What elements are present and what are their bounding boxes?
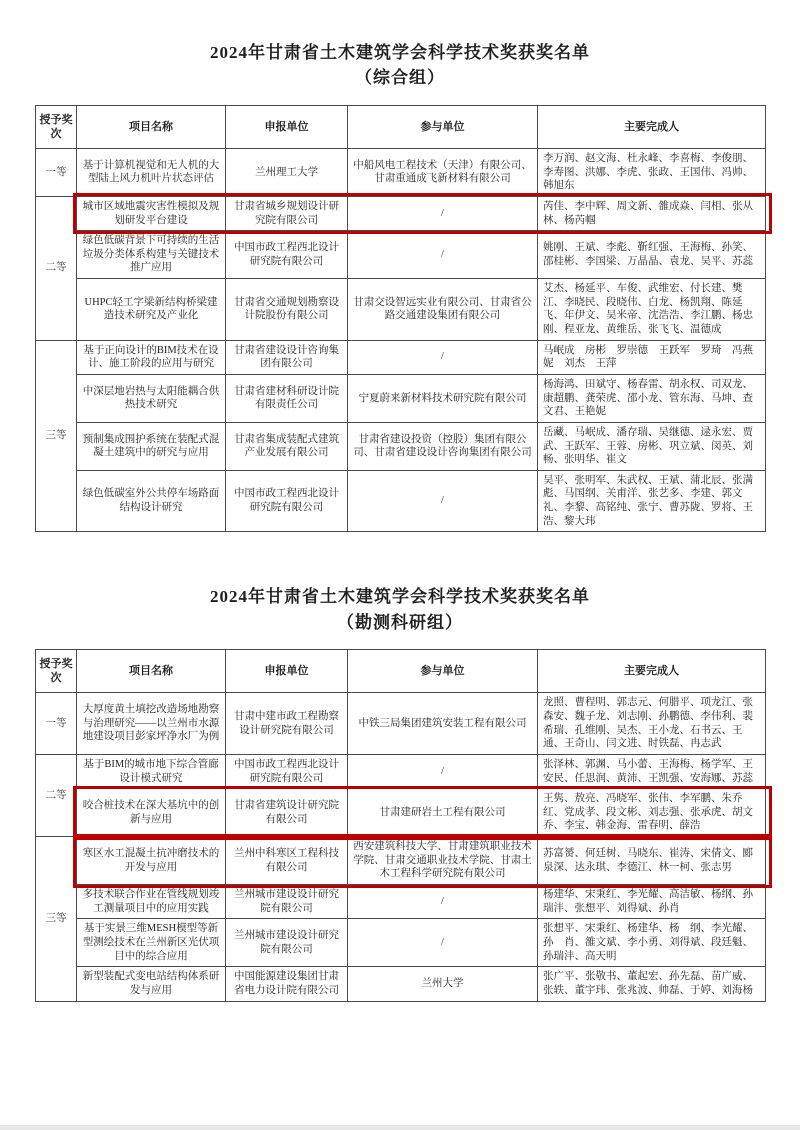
people-cell: 张泽林、郭渊、马小蕾、王海梅、杨学军、王安民、任思润、黄沛、王凯强、安海娜、苏蕊: [538, 754, 766, 788]
table-row: 二等基于BIM的城市地下综合管廊设计模式研究中国市政工程西北设计研究院有限公司/…: [36, 754, 766, 788]
table-row: 多技术联合作业在管线规划竣工测量项目中的应用实践兰州城市建设设计研究院有限公司/…: [36, 885, 766, 919]
project-name-cell: 绿色低碳室外公共停车场路面结构设计研究: [77, 470, 226, 532]
people-cell: 岳藏、马岷成、潘存瑞、吴继德、逯永宏、贾武、王跃军、王蓉、房彬、巩立斌、闵英、刘…: [538, 422, 766, 470]
col-header-project: 项目名称: [77, 650, 226, 693]
table-row: 二等城市区域地震灾害性模拟及规划研发平台建设甘肃省城乡规划设计研究院有限公司/芮…: [36, 196, 766, 230]
award-table-wrap: 授予奖次项目名称申报单位参与单位主要完成人一等基于计算机视觉和无人机的大型陆上风…: [35, 105, 765, 532]
applicant-cell: 兰州理工大学: [226, 148, 348, 196]
applicant-cell: 甘肃省建设设计咨询集团有限公司: [226, 340, 348, 374]
section-title: 2024年甘肃省土木建筑学会科学技术奖获奖名单: [0, 40, 800, 66]
applicant-cell: 甘肃省建材科研设计院有限责任公司: [226, 374, 348, 422]
participants-cell: 宁夏蔚来新材料技术研究院有限公司: [348, 374, 538, 422]
applicant-cell: 甘肃省集成装配式建筑产业发展有限公司: [226, 422, 348, 470]
table-row: 绿色低碳室外公共停车场路面结构设计研究中国市政工程西北设计研究院有限公司/吴平、…: [36, 470, 766, 532]
tier-cell: 二等: [36, 754, 77, 836]
project-name-cell: 大厚度黄土填挖改造场地勘察与治理研究——以兰州市水源地建设项目彭家坪净水厂为例: [77, 693, 226, 755]
table-row: 绿色低碳背景下可持续的生活垃圾分类体系构建与关键技术推广应用中国市政工程西北设计…: [36, 231, 766, 279]
header-row: 授予奖次项目名称申报单位参与单位主要完成人: [36, 105, 766, 148]
section-subtitle: （勘测科研组）: [0, 611, 800, 636]
participants-cell: 甘肃建研岩土工程有限公司: [348, 789, 538, 837]
participants-cell: 西安建筑科技大学、甘肃建筑职业技术学院、甘肃交通职业技术学院、甘肃土木工程科学研…: [348, 837, 538, 885]
applicant-cell: 中国市政工程西北设计研究院有限公司: [226, 754, 348, 788]
table-row: 中深层地岩热与太阳能耦合供热技术研究甘肃省建材科研设计院有限责任公司宁夏蔚来新材…: [36, 374, 766, 422]
applicant-cell: 兰州中科寒区工程科技有限公司: [226, 837, 348, 885]
project-name-cell: 城市区域地震灾害性模拟及规划研发平台建设: [77, 196, 226, 230]
col-header-people: 主要完成人: [538, 650, 766, 693]
project-name-cell: 预制集成围护系统在装配式混凝土建筑中的研究与应用: [77, 422, 226, 470]
project-name-cell: 咬合桩技术在深大基坑中的创新与应用: [77, 789, 226, 837]
tier-cell: 三等: [36, 340, 77, 532]
col-header-participants: 参与单位: [348, 650, 538, 693]
people-cell: 杨海鸿、田斌守、杨春雷、胡永权、司双龙、康超鹏、龚荣虎、邵小龙、管东海、马坤、查…: [538, 374, 766, 422]
people-cell: 芮佳、李中辉、周文新、雒成焱、闫相、张从林、杨芮帼: [538, 196, 766, 230]
applicant-cell: 甘肃省城乡规划设计研究院有限公司: [226, 196, 348, 230]
table-row: 基于实景三维MESH模型等新型测绘技术在兰州新区光伏项目中的综合应用兰州城市建设…: [36, 919, 766, 967]
participants-cell: 甘肃省建设投资（控股）集团有限公司、甘肃省建设设计咨询集团有限公司: [348, 422, 538, 470]
people-cell: 杨建华、宋秉红、李光耀、高洁敏、杨纲、孙瑞沣、张想平、刘得斌、孙肖: [538, 885, 766, 919]
applicant-cell: 兰州城市建设设计研究院有限公司: [226, 885, 348, 919]
people-cell: 张想平、宋秉红、杨建华、杨 纲、李光耀、孙 肖、雒文斌、李小勇、刘得斌、段廷魁、…: [538, 919, 766, 967]
people-cell: 王隽、敖亮、冯晓军、张伟、李军鹏、朱乔红、党成孝、段文彬、刘志强、张承虎、胡文乔…: [538, 789, 766, 837]
project-name-cell: 新型装配式变电站结构体系研发与应用: [77, 967, 226, 1001]
award-section-comprehensive: 2024年甘肃省土木建筑学会科学技术奖获奖名单 （综合组） 授予奖次项目名称申报…: [0, 40, 800, 532]
document-page: 2024年甘肃省土木建筑学会科学技术奖获奖名单 （综合组） 授予奖次项目名称申报…: [0, 0, 800, 1130]
participants-cell: 甘肃交设智远实业有限公司、甘肃省公路交通建设集团有限公司: [348, 279, 538, 341]
people-cell: 吴平、张明军、朱武权、王斌、蒲北辰、张满彪、马国纲、关甫洋、张艺多、李建、郭文礼…: [538, 470, 766, 532]
project-name-cell: 基于实景三维MESH模型等新型测绘技术在兰州新区光伏项目中的综合应用: [77, 919, 226, 967]
tier-cell: 一等: [36, 148, 77, 196]
table-row: UHPC轻工字梁新结构桥梁建造技术研究及产业化甘肃省交通规划勘察设计院股份有限公…: [36, 279, 766, 341]
award-table-wrap: 授予奖次项目名称申报单位参与单位主要完成人一等大厚度黄土填挖改造场地勘察与治理研…: [35, 649, 765, 1001]
people-cell: 姚刚、王斌、李彪、靳红强、王海梅、孙笑、邵桂彬、李国梁、万晶晶、袁龙、吴平、苏蕊: [538, 231, 766, 279]
project-name-cell: 寒区水工混凝土抗冲磨技术的开发与应用: [77, 837, 226, 885]
table-row: 一等大厚度黄土填挖改造场地勘察与治理研究——以兰州市水源地建设项目彭家坪净水厂为…: [36, 693, 766, 755]
applicant-cell: 甘肃中建市政工程勘察设计研究院有限公司: [226, 693, 348, 755]
col-header-tier: 授予奖次: [36, 105, 77, 148]
people-cell: 马岷成 房彬 罗崇德 王跃军 罗琦 冯燕妮 刘杰 王萍: [538, 340, 766, 374]
project-name-cell: 基于BIM的城市地下综合管廊设计模式研究: [77, 754, 226, 788]
people-cell: 苏富赟、何廷树、马晓东、崔涛、宋倩文、郾泉深、达永琪、李德江、林一柯、张志男: [538, 837, 766, 885]
participants-cell: /: [348, 340, 538, 374]
project-name-cell: 多技术联合作业在管线规划竣工测量项目中的应用实践: [77, 885, 226, 919]
col-header-people: 主要完成人: [538, 105, 766, 148]
participants-cell: /: [348, 470, 538, 532]
table-row: 咬合桩技术在深大基坑中的创新与应用甘肃省建筑设计研究院有限公司甘肃建研岩土工程有…: [36, 789, 766, 837]
project-name-cell: 基于正向设计的BIM技术在设计、施工阶段的应用与研究: [77, 340, 226, 374]
applicant-cell: 中国能源建设集团甘肃省电力设计院有限公司: [226, 967, 348, 1001]
people-cell: 张广平、张敬书、董起宏、孙先磊、苗广威、张轶、董宇玮、张兆波、帅磊、于婷、刘海杨: [538, 967, 766, 1001]
table-row: 三等基于正向设计的BIM技术在设计、施工阶段的应用与研究甘肃省建设设计咨询集团有…: [36, 340, 766, 374]
project-name-cell: 中深层地岩热与太阳能耦合供热技术研究: [77, 374, 226, 422]
table-row: 三等寒区水工混凝土抗冲磨技术的开发与应用兰州中科寒区工程科技有限公司西安建筑科技…: [36, 837, 766, 885]
participants-cell: /: [348, 231, 538, 279]
project-name-cell: UHPC轻工字梁新结构桥梁建造技术研究及产业化: [77, 279, 226, 341]
participants-cell: 兰州大学: [348, 967, 538, 1001]
col-header-applicant: 申报单位: [226, 650, 348, 693]
participants-cell: /: [348, 754, 538, 788]
project-name-cell: 绿色低碳背景下可持续的生活垃圾分类体系构建与关键技术推广应用: [77, 231, 226, 279]
applicant-cell: 中国市政工程西北设计研究院有限公司: [226, 470, 348, 532]
applicant-cell: 兰州城市建设设计研究院有限公司: [226, 919, 348, 967]
people-cell: 李万润、赵文海、杜永峰、李喜梅、李俊朋、李寿图、洪娜、李虎、张政、王国伟、冯帅、…: [538, 148, 766, 196]
applicant-cell: 甘肃省交通规划勘察设计院股份有限公司: [226, 279, 348, 341]
section-title: 2024年甘肃省土木建筑学会科学技术奖获奖名单: [0, 584, 800, 610]
participants-cell: 中铁三局集团建筑安装工程有限公司: [348, 693, 538, 755]
participants-cell: /: [348, 196, 538, 230]
award-table: 授予奖次项目名称申报单位参与单位主要完成人一等基于计算机视觉和无人机的大型陆上风…: [35, 105, 766, 532]
project-name-cell: 基于计算机视觉和无人机的大型陆上风力机叶片状态评估: [77, 148, 226, 196]
table-row: 新型装配式变电站结构体系研发与应用中国能源建设集团甘肃省电力设计院有限公司兰州大…: [36, 967, 766, 1001]
tier-cell: 一等: [36, 693, 77, 755]
col-header-project: 项目名称: [77, 105, 226, 148]
tier-cell: 二等: [36, 196, 77, 340]
col-header-applicant: 申报单位: [226, 105, 348, 148]
section-subtitle: （综合组）: [0, 66, 800, 91]
table-row: 一等基于计算机视觉和无人机的大型陆上风力机叶片状态评估兰州理工大学中船风电工程技…: [36, 148, 766, 196]
col-header-participants: 参与单位: [348, 105, 538, 148]
participants-cell: /: [348, 885, 538, 919]
participants-cell: 中船风电工程技术（天津）有限公司、甘肃重通成飞新材料有限公司: [348, 148, 538, 196]
header-row: 授予奖次项目名称申报单位参与单位主要完成人: [36, 650, 766, 693]
tier-cell: 三等: [36, 837, 77, 1001]
award-section-survey-research: 2024年甘肃省土木建筑学会科学技术奖获奖名单 （勘测科研组） 授予奖次项目名称…: [0, 584, 800, 1001]
participants-cell: /: [348, 919, 538, 967]
col-header-tier: 授予奖次: [36, 650, 77, 693]
applicant-cell: 甘肃省建筑设计研究院有限公司: [226, 789, 348, 837]
award-table: 授予奖次项目名称申报单位参与单位主要完成人一等大厚度黄土填挖改造场地勘察与治理研…: [35, 649, 766, 1001]
applicant-cell: 中国市政工程西北设计研究院有限公司: [226, 231, 348, 279]
table-row: 预制集成围护系统在装配式混凝土建筑中的研究与应用甘肃省集成装配式建筑产业发展有限…: [36, 422, 766, 470]
people-cell: 艾杰、杨延平、车俊、武维宏、付长建、樊江、李晓民、段晓伟、白龙、杨凯翔、陈延飞、…: [538, 279, 766, 341]
people-cell: 龙照、曹程明、郭志元、何腊平、项龙江、张森安、魏子龙、刘志刚、孙鹏德、李伟利、裴…: [538, 693, 766, 755]
